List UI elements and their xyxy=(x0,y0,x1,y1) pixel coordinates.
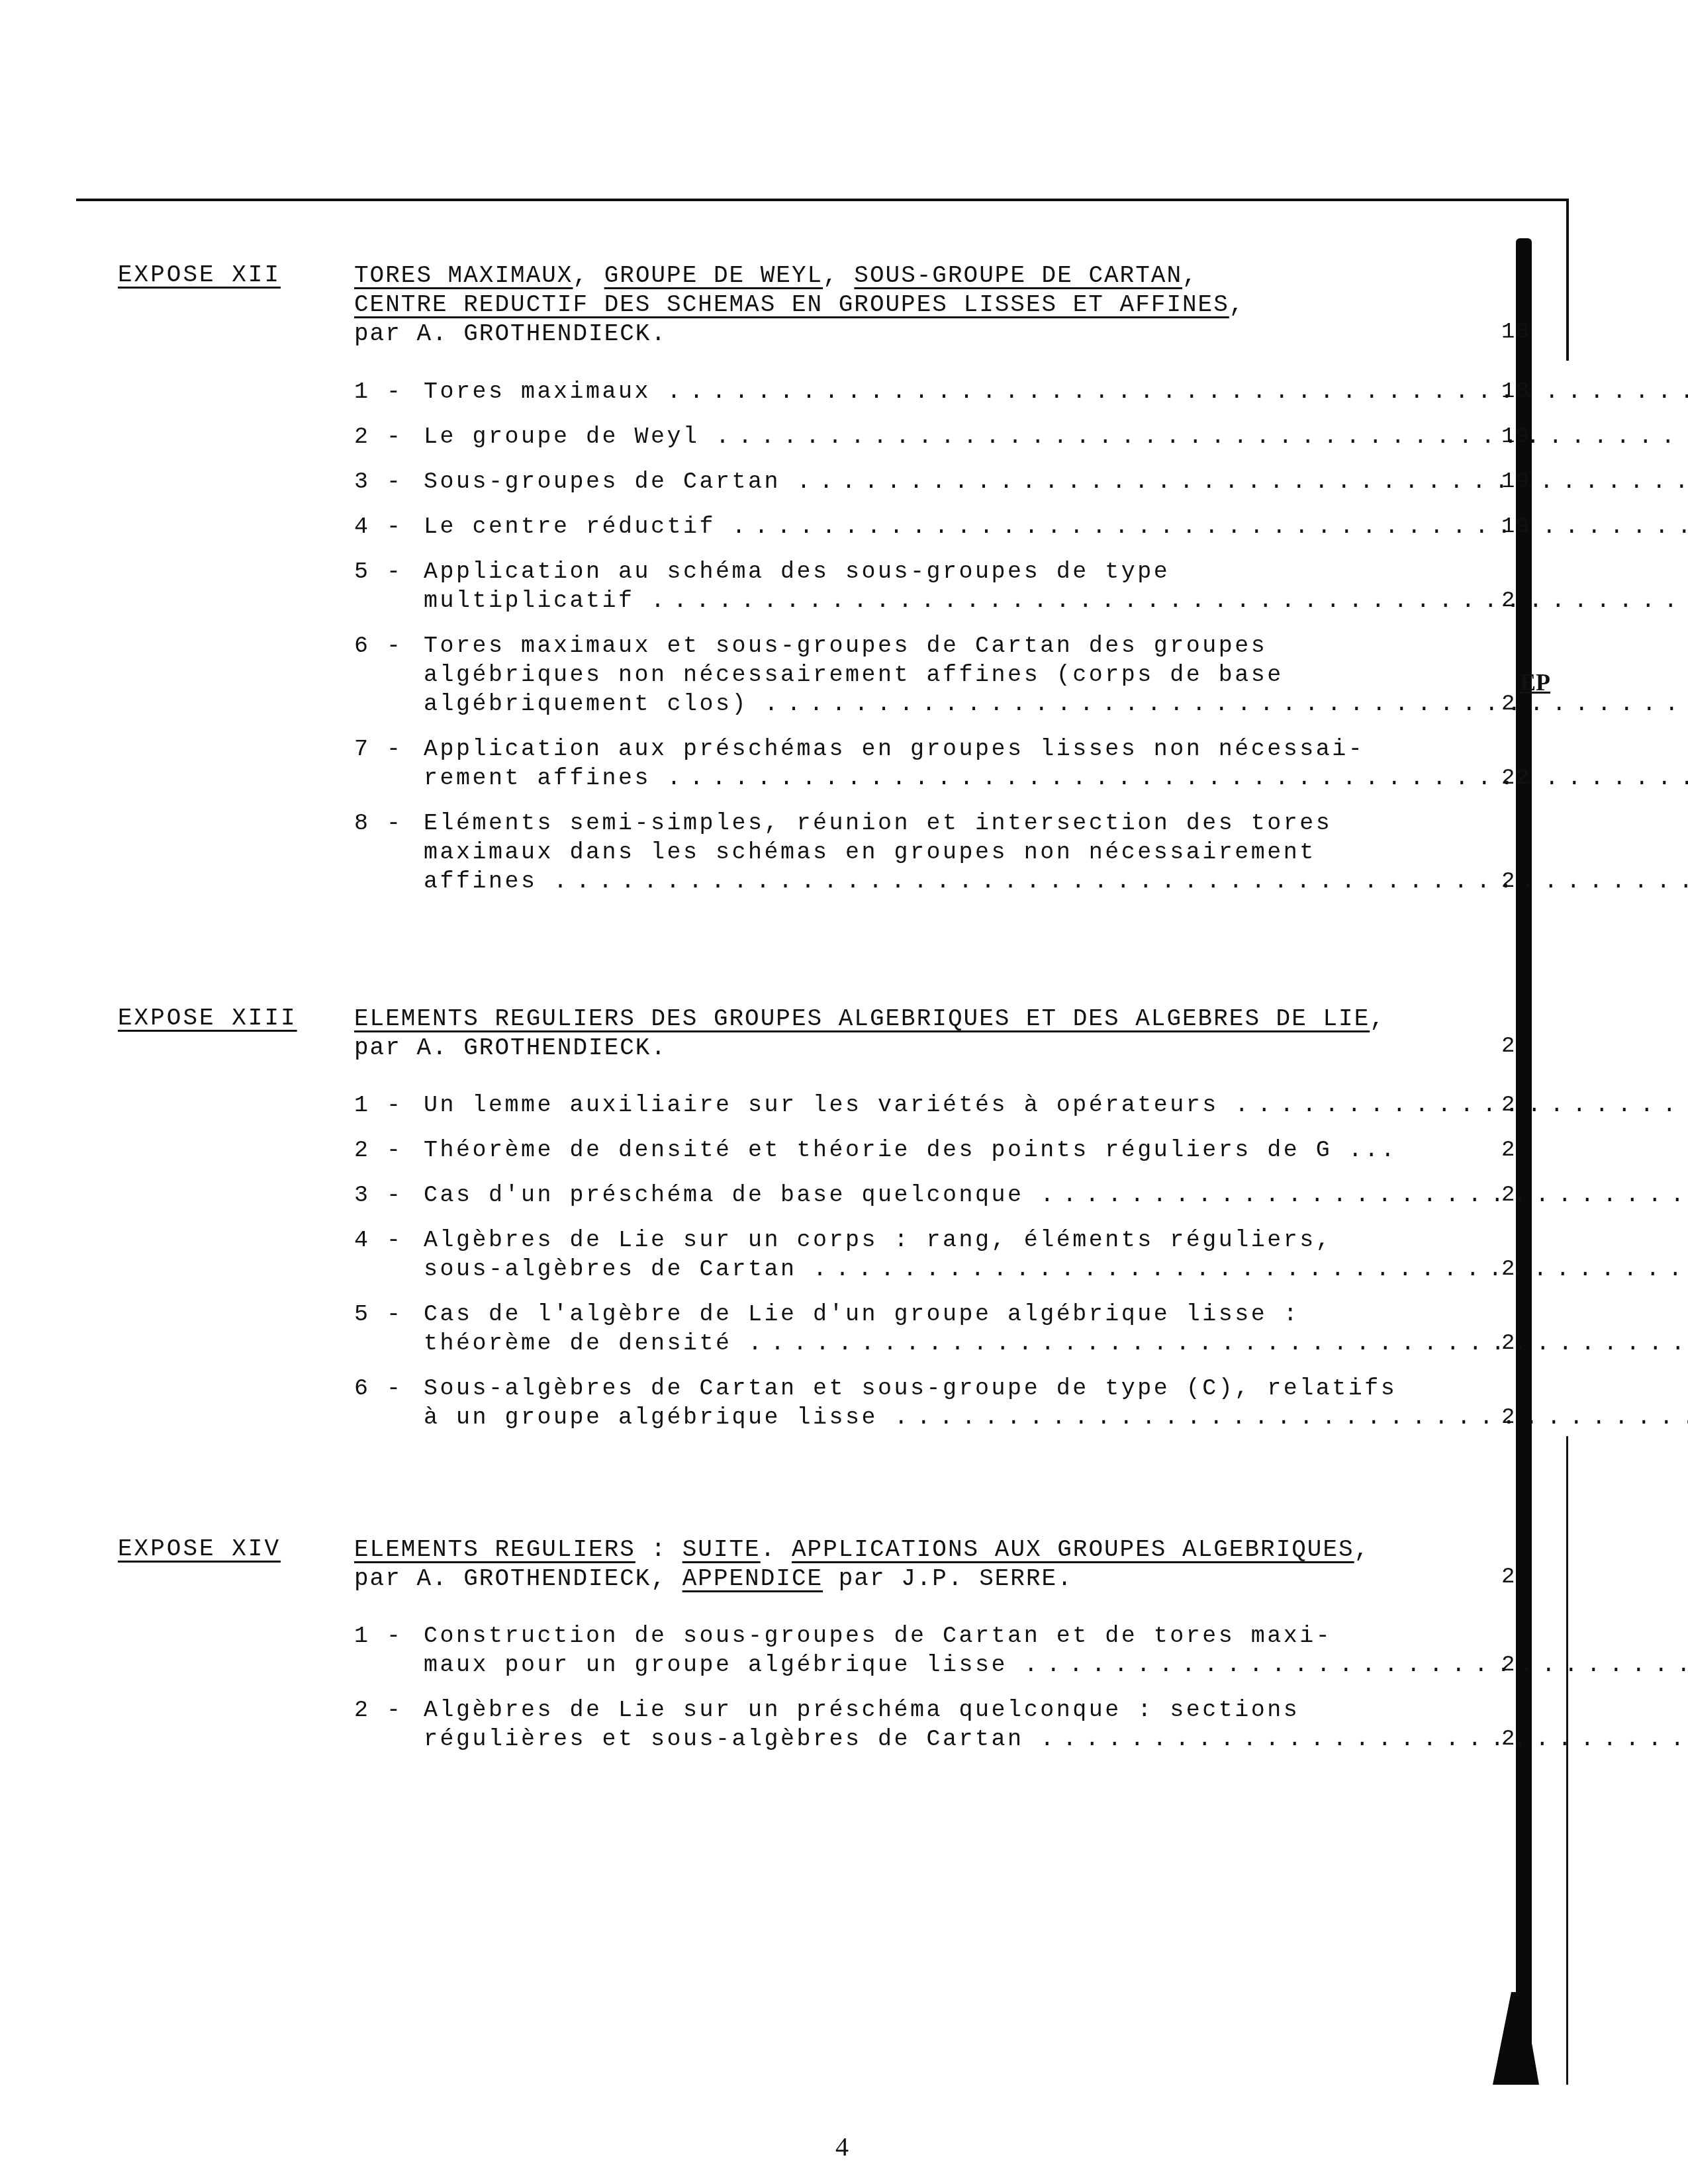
dot-leader: ........................................… xyxy=(1040,1181,1688,1210)
entry-number: 5 - xyxy=(354,1300,424,1358)
right-edge-rule-lower xyxy=(1566,1436,1568,2085)
section-author: par A. GROTHENDIECK. xyxy=(354,1034,1493,1063)
entry-list: 1 - Un lemme auxiliaire sur les variétés… xyxy=(354,1091,1440,1448)
entry-number: 3 - xyxy=(354,1181,424,1210)
toc-entry[interactable]: 7 - Application aux préschémas en groupe… xyxy=(354,735,1440,793)
toc-entry[interactable]: 3 - Sous-groupes de Cartan .............… xyxy=(354,467,1440,496)
entry-page-number: 19 xyxy=(1501,422,1530,451)
entry-page-number: 2 xyxy=(1501,867,1515,896)
entry-page-number: 2 xyxy=(1501,1255,1515,1284)
entry-page-number: 2 xyxy=(1501,1181,1515,1210)
entry-number: 4 - xyxy=(354,1226,424,1284)
section-page-number: 2 xyxy=(1501,1034,1515,1059)
title-line-1: TORES MAXIMAUX, GROUPE DE WEYL, SOUS-GRO… xyxy=(354,261,1493,291)
top-rule xyxy=(76,199,1569,201)
entry-number: 1 - xyxy=(354,377,424,406)
entry-number: 2 - xyxy=(354,1696,424,1754)
entry-page-number: 2 xyxy=(1501,1651,1515,1680)
toc-entry[interactable]: 6 - Tores maximaux et sous-groupes de Ca… xyxy=(354,631,1440,719)
section-title: ELEMENTS REGULIERS : SUITE. APPLICATIONS… xyxy=(354,1535,1493,1594)
toc-entry[interactable]: 1 - Un lemme auxiliaire sur les variétés… xyxy=(354,1091,1440,1120)
section-label: EXPOSE XIII xyxy=(118,1005,297,1032)
entry-page-number: 2 xyxy=(1501,690,1515,719)
title-line-1: ELEMENTS REGULIERS : SUITE. APPLICATIONS… xyxy=(354,1535,1493,1565)
section-author: par A. GROTHENDIECK. xyxy=(354,320,1493,349)
section-title: TORES MAXIMAUX, GROUPE DE WEYL, SOUS-GRO… xyxy=(354,261,1493,349)
entry-page-number: 2 xyxy=(1501,1725,1515,1754)
entry-number: 1 - xyxy=(354,1621,424,1680)
title-line-1: ELEMENTS REGULIERS DES GROUPES ALGEBRIQU… xyxy=(354,1005,1493,1034)
toc-entry[interactable]: 8 - Eléments semi-simples, réunion et in… xyxy=(354,809,1440,896)
right-edge-rule xyxy=(1566,199,1569,361)
entry-page-number: 2 xyxy=(1501,586,1515,615)
page-folio: 4 xyxy=(835,2131,849,2162)
dot-leader: ........................................… xyxy=(667,377,1688,406)
toc-entry[interactable]: 5 - Application au schéma des sous-group… xyxy=(354,557,1440,615)
entry-page-number: 2 xyxy=(1501,1403,1515,1432)
entry-number: 5 - xyxy=(354,557,424,615)
dot-leader: ........................................… xyxy=(553,867,1688,896)
dot-leader: ........................................… xyxy=(813,1255,1688,1284)
dot-leader: ........................................… xyxy=(894,1403,1688,1432)
section-author: par A. GROTHENDIECK, APPENDICE par J.P. … xyxy=(354,1565,1493,1594)
entry-number: 1 - xyxy=(354,1091,424,1120)
section-label: EXPOSE XIV xyxy=(118,1535,281,1563)
entry-number: 8 - xyxy=(354,809,424,896)
appendix-link: APPENDICE xyxy=(682,1565,823,1592)
entry-number: 2 - xyxy=(354,1136,424,1165)
binding-shadow-foot xyxy=(1493,1992,1539,2085)
entry-page-number: 18 xyxy=(1501,377,1530,406)
dot-leader: ........................................… xyxy=(797,467,1688,496)
entry-number: 6 - xyxy=(354,631,424,719)
toc-entry[interactable]: 1 - Construction de sous-groupes de Cart… xyxy=(354,1621,1440,1680)
toc-entry[interactable]: 5 - Cas de l'algèbre de Lie d'un groupe … xyxy=(354,1300,1440,1358)
dot-leader: ........................................… xyxy=(667,764,1688,793)
dot-leader: ........................................… xyxy=(1235,1091,1688,1120)
entry-number: 2 - xyxy=(354,422,424,451)
dot-leader: ........................................… xyxy=(1040,1725,1688,1754)
section-page-number: 2 xyxy=(1501,1565,1515,1590)
toc-entry[interactable]: 6 - Sous-algèbres de Cartan et sous-grou… xyxy=(354,1374,1440,1432)
entry-number: 4 - xyxy=(354,512,424,541)
entry-page-number: 22 xyxy=(1501,764,1530,793)
entry-number: 3 - xyxy=(354,467,424,496)
toc-entry[interactable]: 4 - Algèbres de Lie sur un corps : rang,… xyxy=(354,1226,1440,1284)
dot-leader: ........................................… xyxy=(732,512,1688,541)
dot-leader: ........................................… xyxy=(716,422,1688,451)
toc-entry[interactable]: 3 - Cas d'un préschéma de base quelconqu… xyxy=(354,1181,1440,1210)
dot-leader: ........................................… xyxy=(748,1329,1688,1358)
toc-entry[interactable]: 2 - Le groupe de Weyl ..................… xyxy=(354,422,1440,451)
toc-entry[interactable]: 4 - Le centre réductif .................… xyxy=(354,512,1440,541)
dot-leader: ........................................… xyxy=(651,586,1688,615)
title-line-2: CENTRE REDUCTIF DES SCHEMAS EN GROUPES L… xyxy=(354,291,1493,320)
section-page-number: 18 xyxy=(1501,320,1530,345)
entry-page-number: 19 xyxy=(1501,512,1530,541)
toc-entry[interactable]: 2 - Théorème de densité et théorie des p… xyxy=(354,1136,1440,1165)
section-label: EXPOSE XII xyxy=(118,261,281,289)
toc-entry[interactable]: 2 - Algèbres de Lie sur un préschéma que… xyxy=(354,1696,1440,1754)
entry-page-number: 2 xyxy=(1501,1136,1515,1165)
dot-leader: ........................................… xyxy=(1024,1651,1688,1680)
entry-list: 1 - Tores maximaux .....................… xyxy=(354,377,1440,912)
toc-entry[interactable]: 1 - Tores maximaux .....................… xyxy=(354,377,1440,406)
entry-number: 7 - xyxy=(354,735,424,793)
section-title: ELEMENTS REGULIERS DES GROUPES ALGEBRIQU… xyxy=(354,1005,1493,1063)
entry-page-number: 2 xyxy=(1501,1329,1515,1358)
entry-number: 6 - xyxy=(354,1374,424,1432)
entry-page-number: 2 xyxy=(1501,1091,1515,1120)
dot-leader: ........................................… xyxy=(765,690,1688,719)
entry-list: 1 - Construction de sous-groupes de Cart… xyxy=(354,1621,1440,1770)
entry-page-number: 19 xyxy=(1501,467,1530,496)
